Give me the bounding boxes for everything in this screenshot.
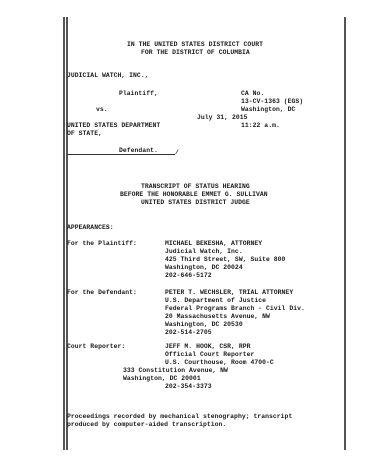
footer-line-1: Proceedings recorded by mechanical steno… bbox=[67, 413, 292, 421]
plaintiff-counsel-line: 425 Third Street, SW, Suite 800 bbox=[165, 256, 285, 264]
court-reporter-line: 202-354-3373 bbox=[165, 383, 212, 391]
transcript-page: IN THE UNITED STATES DISTRICT COURT FOR … bbox=[0, 0, 368, 476]
defendant-name-line-1: UNITED STATES DEPARTMENT bbox=[67, 122, 160, 130]
defendant-name-line-2: OF STATE, bbox=[67, 130, 102, 138]
plaintiff-label: Plaintiff, bbox=[119, 90, 158, 98]
hearing-location: Washington, DC bbox=[241, 106, 295, 114]
court-reporter-line: 333 Constitution Avenue, NW bbox=[123, 367, 228, 375]
title-line-2: BEFORE THE HONORABLE EMMET G. SULLIVAN bbox=[120, 191, 268, 199]
appearances-heading: APPEARANCES: bbox=[67, 224, 114, 232]
plaintiff-counsel-line: Washington, DC 20024 bbox=[165, 264, 243, 272]
court-header-line-2: FOR THE DISTRICT OF COLUMBIA bbox=[141, 49, 250, 57]
court-reporter-line: U.S. Courthouse, Room 4700-C bbox=[165, 359, 274, 367]
court-reporter-line: Official Court Reporter bbox=[165, 351, 254, 359]
plaintiff-name: JUDICIAL WATCH, INC., bbox=[67, 72, 149, 80]
right-margin-line bbox=[344, 17, 346, 450]
defendant-counsel-label: For the Defendant: bbox=[67, 289, 137, 297]
court-reporter-line: JEFF M. HOOK, CSR, RPR bbox=[165, 343, 250, 351]
case-label: CA No. bbox=[241, 90, 264, 98]
plaintiff-counsel-line: MICHAEL BEKESHA, ATTORNEY bbox=[165, 240, 262, 248]
hearing-date: July 31, 2015 bbox=[197, 114, 248, 122]
caption-rule-end: / bbox=[175, 149, 179, 157]
caption-rule bbox=[67, 154, 175, 155]
court-reporter-line: Washington, DC 20001 bbox=[123, 375, 201, 383]
left-margin-line bbox=[63, 17, 65, 450]
court-header-line-1: IN THE UNITED STATES DISTRICT COURT bbox=[127, 41, 263, 49]
plaintiff-counsel-line: Judicial Watch, Inc. bbox=[165, 248, 243, 256]
plaintiff-counsel-line: 202-646-5172 bbox=[165, 272, 212, 280]
title-line-1: TRANSCRIPT OF STATUS HEARING bbox=[141, 183, 250, 191]
defendant-counsel-line: 20 Massachusetts Avenue, NW bbox=[165, 313, 270, 321]
case-number: 13-CV-1363 (EGS) bbox=[241, 98, 303, 106]
defendant-counsel-line: Washington, DC 20530 bbox=[165, 321, 243, 329]
plaintiff-counsel-label: For the Plaintiff: bbox=[67, 240, 137, 248]
left-margin-line-inner bbox=[66, 17, 68, 450]
defendant-counsel-line: U.S. Department of Justice bbox=[165, 297, 266, 305]
hearing-time: 11:22 a.m. bbox=[241, 122, 280, 130]
court-reporter-label: Court Reporter: bbox=[67, 343, 125, 351]
title-line-3: UNITED STATES DISTRICT JUDGE bbox=[141, 199, 250, 207]
versus: vs. bbox=[96, 106, 108, 114]
footer-line-2: produced by computer-aided transcription… bbox=[67, 421, 226, 429]
defendant-counsel-line: 202-514-2705 bbox=[165, 329, 212, 337]
defendant-counsel-line: Federal Programs Branch - Civil Div. bbox=[165, 305, 305, 313]
defendant-counsel-line: PETER T. WECHSLER, TRIAL ATTORNEY bbox=[165, 289, 293, 297]
